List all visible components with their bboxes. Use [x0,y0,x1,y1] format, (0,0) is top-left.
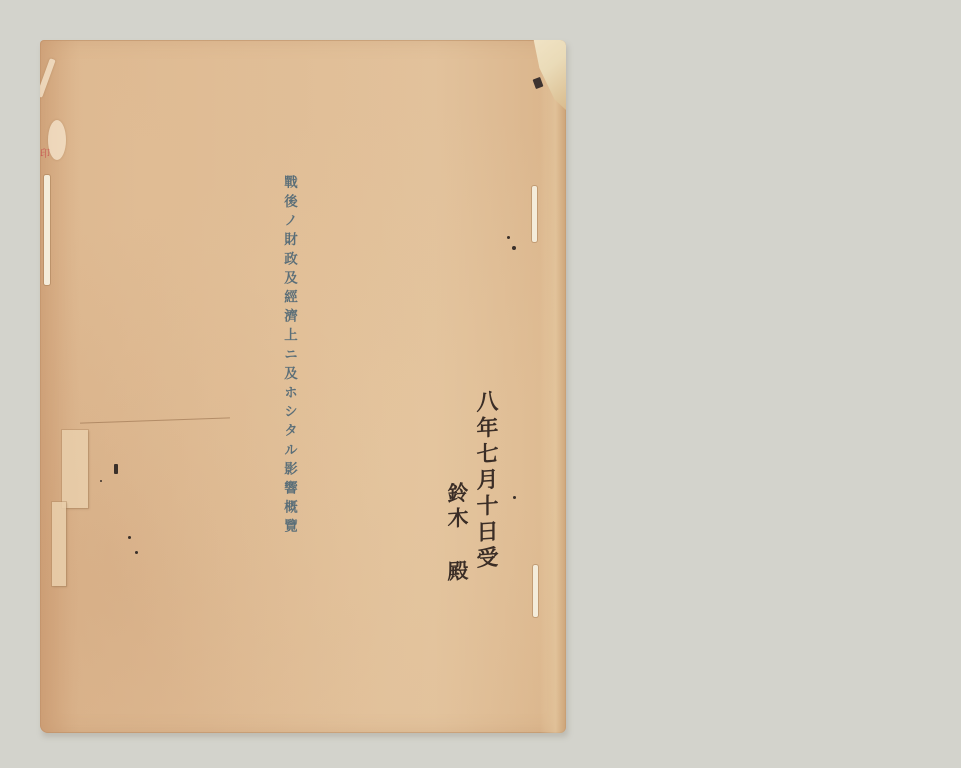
ink-spot [114,464,118,474]
page-edge-shading [540,40,566,733]
handwritten-date: 八年七月十日受 [470,389,501,573]
printed-title: 戰後ノ財政及經濟上ニ及ホシタル影響概覽 [279,175,299,538]
handwritten-name: 鈴木 殿 [442,481,472,586]
booklet-cover: 印 戰後ノ財政及經濟上ニ及ホシタル影響概覽 八年七月十日受 鈴木 殿 [40,40,566,733]
repair-tape [52,502,66,586]
ink-spot [135,551,138,554]
ink-spot [100,480,102,482]
red-stamp: 印 [40,150,50,164]
ink-spot [513,496,516,499]
binding-stitch [532,186,537,242]
repair-tape [62,430,88,508]
binding-strip [44,175,50,285]
binding-tear [48,120,66,160]
ink-spot [128,536,131,539]
ink-spot [507,236,510,239]
ink-spot [512,246,516,250]
binding-stitch [533,565,538,617]
paper-crease [80,417,230,423]
